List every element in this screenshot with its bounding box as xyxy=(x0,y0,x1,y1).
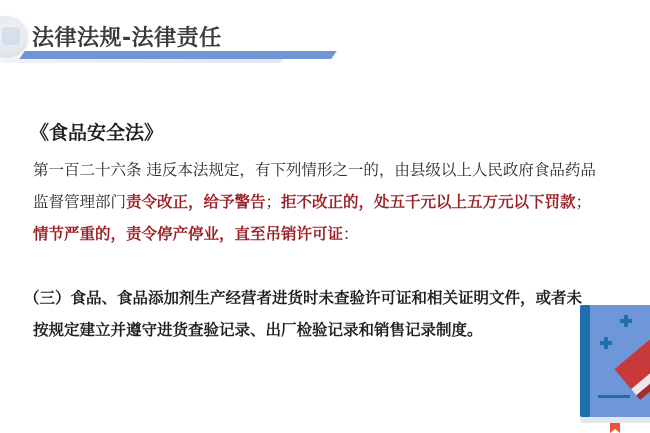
clause-line-2: 按规定建立并遵守进货查验记录、出厂检验记录和销售记录制度。 xyxy=(24,314,624,346)
page-title: 法律法规-法律责任 xyxy=(32,21,222,52)
separator: ； xyxy=(266,193,282,211)
article-line-2-prefix: 监督管理部门 xyxy=(33,193,126,211)
law-book-icon xyxy=(578,305,650,433)
clause-paragraph: （三）食品、食品添加剂生产经营者进货时未查验许可证和相关证明文件，或者未 按规定… xyxy=(24,282,624,346)
article-paragraph: 第一百二十六条 违反本法规定，有下列情形之一的，由县级以上人民政府食品药品 监督… xyxy=(33,154,633,250)
title-underline xyxy=(19,51,337,59)
slide: 法律法规-法律责任 《食品安全法》 第一百二十六条 违反本法规定，有下列情形之一… xyxy=(0,0,650,433)
logo-badge-icon xyxy=(0,16,26,56)
colon: ： xyxy=(343,225,359,243)
penalty-warning: 责令改正，给予警告 xyxy=(126,193,266,211)
separator: ； xyxy=(576,193,592,211)
penalty-fine: 拒不改正的，处五千元以上五万元以下罚款 xyxy=(281,193,576,211)
law-title: 《食品安全法》 xyxy=(30,118,163,145)
clause-line-1: （三）食品、食品添加剂生产经营者进货时未查验许可证和相关证明文件，或者未 xyxy=(24,282,624,314)
article-line-3: 情节严重的，责令停产停业，直至吊销许可证： xyxy=(33,218,633,250)
penalty-severe: 情节严重的，责令停产停业，直至吊销许可证 xyxy=(33,225,343,243)
article-line-1: 第一百二十六条 违反本法规定，有下列情形之一的，由县级以上人民政府食品药品 xyxy=(33,154,633,186)
article-line-2: 监督管理部门责令改正，给予警告；拒不改正的，处五千元以上五万元以下罚款； xyxy=(33,186,633,218)
